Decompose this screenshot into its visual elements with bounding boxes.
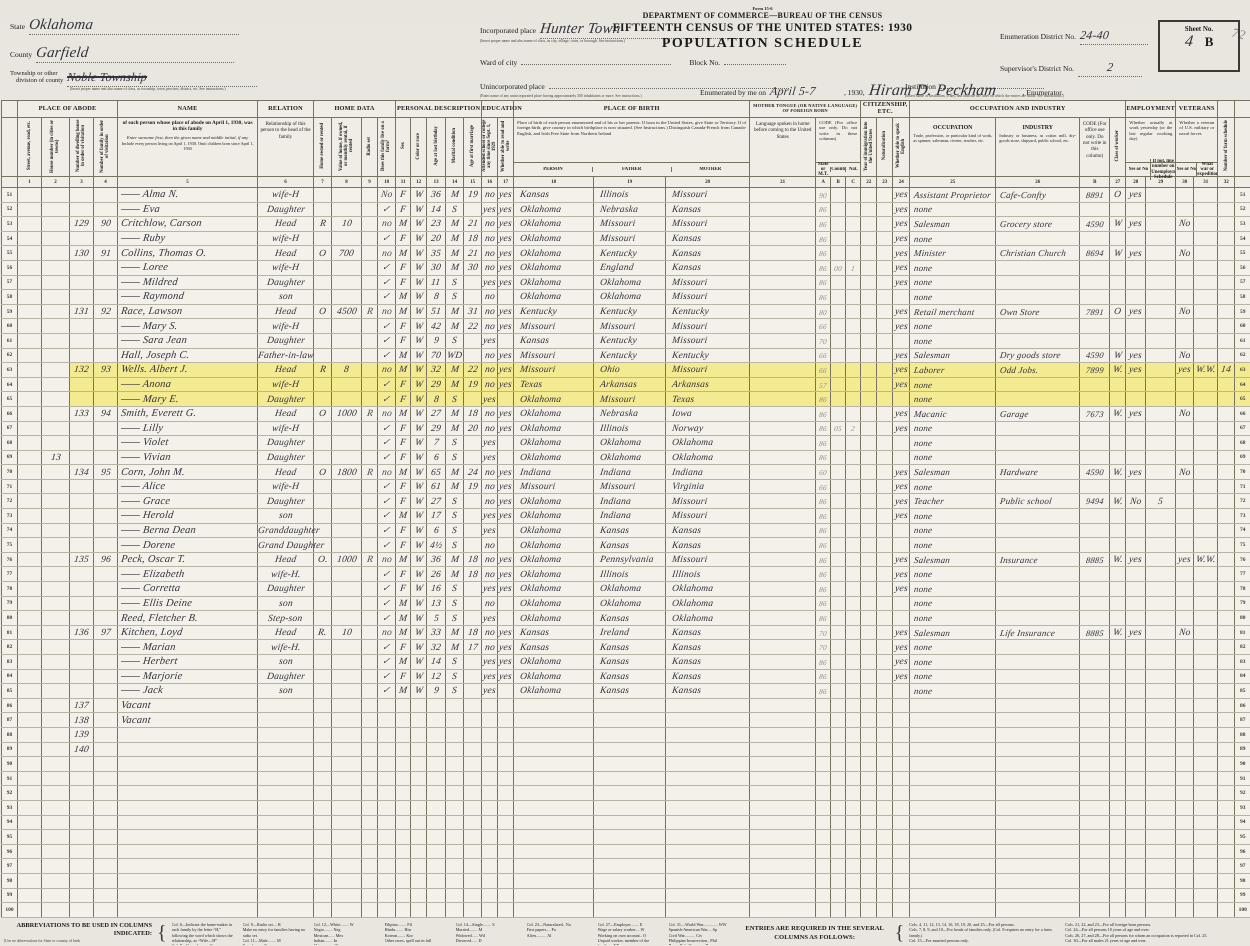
entry-eng: yes [894, 497, 908, 507]
cell-fs [1218, 319, 1235, 334]
entry-age: 42 [431, 322, 442, 332]
cell-name: —— Mary S. [118, 319, 258, 334]
cell-sch: no [482, 421, 498, 436]
cell-st [18, 727, 42, 742]
cell-occ [910, 727, 996, 742]
person-row: 74—— Berna DeanGranddaughter✓FW6SyesOkla… [2, 523, 1250, 538]
cell-fb: Illinois [594, 421, 666, 436]
cell-am [464, 655, 482, 670]
cell-occ [910, 742, 996, 757]
cell-rel [258, 742, 314, 757]
entry-mb: Missouri [672, 336, 709, 346]
cell-val [332, 392, 362, 407]
cell-name: Kitchen, Loyd [118, 625, 258, 640]
column-group-header: HOME DATA [314, 101, 396, 118]
entry-pb: Oklahoma [520, 657, 562, 667]
person-row: 5513091Collins, Thomas O.HeadO700noMW35M… [2, 246, 1250, 261]
cell-rel [258, 815, 314, 830]
cell-rad [362, 815, 378, 830]
cell-race [411, 713, 427, 728]
cell-sch [482, 757, 498, 772]
cell-name: —— Anona [118, 377, 258, 392]
cell-fb: Ireland [594, 625, 666, 640]
sheet-value: 4 [1183, 33, 1193, 51]
cell-nat [877, 231, 893, 246]
cell-name [118, 727, 258, 742]
cell-fs: 14 [1218, 363, 1235, 378]
entry-fb: Kansas [600, 526, 630, 536]
cell-ind: Odd Jobs. [996, 363, 1080, 378]
cell-ca: 86 [816, 567, 831, 582]
cell-dw [70, 771, 94, 786]
cell-am [464, 392, 482, 407]
entry-rw: yes [499, 249, 513, 259]
line-number-left: 84 [2, 669, 18, 684]
cell-st [18, 815, 42, 830]
entry-occ: Assistant Proprietor [914, 190, 992, 200]
cell-pb: Oklahoma [514, 290, 594, 305]
cell-vet [1176, 421, 1194, 436]
line-number-right: 97 [1235, 859, 1250, 874]
entry-fam: 91 [100, 249, 111, 259]
column-header: Class of worker [1110, 118, 1126, 177]
cell-sex: F [396, 436, 411, 451]
cell-ind [996, 290, 1080, 305]
cell-cls: W. [1110, 406, 1126, 421]
cell-name [118, 888, 258, 903]
entry-war: W.W. [1195, 555, 1216, 565]
cell-imm [861, 509, 877, 524]
cell-age: 12 [427, 669, 446, 684]
cell-st [18, 421, 42, 436]
cell-mb [666, 771, 750, 786]
cell-cls: W [1110, 348, 1126, 363]
column-number: 13 [427, 177, 446, 188]
cell-hn [42, 479, 70, 494]
cell-mb [666, 727, 750, 742]
sub-column-label: FATHER [592, 167, 671, 172]
entry-own: R [319, 365, 326, 375]
cell-rw: yes [498, 567, 514, 582]
person-row: 80Reed, Fletcher B.Step-son✓MW5SyesOklah… [2, 611, 1250, 626]
cell-sch: yes [482, 392, 498, 407]
cell-rad [362, 479, 378, 494]
cell-rw [498, 742, 514, 757]
cell-race [411, 888, 427, 903]
cell-dw [70, 596, 94, 611]
cell-rad [362, 567, 378, 582]
column-header: Naturalization [877, 118, 893, 177]
cell-occ: none [910, 450, 996, 465]
entry-eng: yes [894, 365, 908, 375]
cell-cls [1110, 392, 1126, 407]
cell-lang [750, 275, 816, 290]
cell-nat [877, 319, 893, 334]
cell-st [18, 640, 42, 655]
cell-occ: none [910, 275, 996, 290]
column-group-header: OCCUPATION AND INDUSTRY [910, 101, 1126, 118]
person-row: 6613394Smith, Everett G.HeadO1000RnoMW27… [2, 406, 1250, 421]
table-header: PLACE OF ABODENAMERELATIONHOME DATAPERSO… [2, 101, 1250, 188]
cell-am [464, 727, 482, 742]
supervisor-district-value: 2 [1106, 60, 1114, 75]
column-number: 7 [314, 177, 332, 188]
column-number: 9 [362, 177, 378, 188]
cell-nat [877, 888, 893, 903]
cell-nat [877, 727, 893, 742]
line-number-left: 100 [2, 903, 18, 918]
cell-fam [94, 436, 118, 451]
column-header: Home owned or rented [314, 118, 332, 177]
cell-eng: yes [893, 406, 910, 421]
column-group-header: PLACE OF BIRTH [514, 101, 750, 118]
cell-st [18, 567, 42, 582]
cell-sch [482, 830, 498, 845]
cell-ul [1146, 611, 1176, 626]
entry-occ: none [914, 380, 934, 390]
cell-vet [1176, 873, 1194, 888]
entry-val: 4500 [336, 307, 357, 317]
entry-mar: WD [446, 351, 462, 361]
line-number-right: 54 [1235, 231, 1250, 246]
cell-age: 17 [427, 509, 446, 524]
cell-ca: 70 [816, 625, 831, 640]
cell-rw [498, 800, 514, 815]
line-number-right: 93 [1235, 800, 1250, 815]
entry-rel: Daughter [266, 205, 305, 215]
cell-dw [70, 888, 94, 903]
column-number: 2 [42, 177, 70, 188]
cell-own [314, 333, 332, 348]
entry-farm: no [381, 365, 392, 375]
cell-lang [750, 494, 816, 509]
cell-imm [861, 684, 877, 699]
cell-cb [831, 625, 846, 640]
entry-mb: Kansas [672, 234, 702, 244]
cell-war [1194, 742, 1218, 757]
cell-eng: yes [893, 363, 910, 378]
entry-sex: F [399, 234, 406, 244]
cell-hn [42, 727, 70, 742]
cell-val [332, 260, 362, 275]
cell-am [464, 713, 482, 728]
cell-am: 22 [464, 319, 482, 334]
cell-nat [877, 698, 893, 713]
entry-name: —— Lilly [120, 423, 164, 434]
line-number-right: 56 [1235, 260, 1250, 275]
cell-farm: no [378, 304, 396, 319]
entry-race: W [414, 482, 423, 492]
cell-cc [846, 713, 861, 728]
cell-fam [94, 421, 118, 436]
cell-rel: son [258, 509, 314, 524]
cell-ul [1146, 436, 1176, 451]
cell-vet [1176, 771, 1194, 786]
cell-hn [42, 655, 70, 670]
cell-ul [1146, 348, 1176, 363]
cell-race: W [411, 479, 427, 494]
entry-sch: no [484, 365, 495, 375]
cell-nat [877, 640, 893, 655]
entry-fb: Illinois [600, 190, 630, 200]
cell-farm: no [378, 217, 396, 232]
entry-fam: 96 [100, 555, 111, 565]
entry-farm: no [381, 555, 392, 565]
cell-eng: yes [893, 275, 910, 290]
cell-rw [498, 859, 514, 874]
cell-farm: ✓ [378, 275, 396, 290]
cell-rw: yes [498, 275, 514, 290]
line-number-left: 89 [2, 742, 18, 757]
cell-val [332, 333, 362, 348]
abbreviation-column: Col. 23—Naturalized.. Na First papers...… [527, 922, 593, 945]
cell-wk [1126, 421, 1146, 436]
entry-age: 9 [433, 336, 439, 346]
cell-sex: M [396, 406, 411, 421]
cell-ind [996, 800, 1080, 815]
person-row: 8113697Kitchen, LoydHeadR.10noMW33M18noy… [2, 625, 1250, 640]
cell-ca: 70 [816, 640, 831, 655]
entry-sex: F [399, 643, 406, 653]
cell-farm: ✓ [378, 392, 396, 407]
cell-rw: yes [498, 494, 514, 509]
cell-am [464, 202, 482, 217]
entry-occ: none [914, 234, 934, 244]
cell-fs [1218, 844, 1235, 859]
cell-imm [861, 713, 877, 728]
cell-age: 5 [427, 611, 446, 626]
cell-code [1080, 844, 1110, 859]
cell-ind [996, 684, 1080, 699]
entry-mb: Kansas [672, 249, 702, 259]
cell-mar: M [446, 567, 464, 582]
cell-cc [846, 873, 861, 888]
column-header: Whether a veteran of U.S. military or na… [1176, 118, 1218, 177]
cell-ind [996, 392, 1080, 407]
cell-fb: Kansas [594, 684, 666, 699]
cell-cb [831, 582, 846, 597]
cell-cb [831, 903, 846, 918]
line-number-right: 66 [1235, 406, 1250, 421]
cell-mar: S [446, 538, 464, 553]
cell-dw [70, 479, 94, 494]
cell-race: W [411, 392, 427, 407]
cell-mar [446, 859, 464, 874]
cell-hn [42, 231, 70, 246]
cell-cc [846, 523, 861, 538]
cell-wk [1126, 757, 1146, 772]
cell-farm: ✓ [378, 538, 396, 553]
cell-war [1194, 830, 1218, 845]
entry-own: O [318, 468, 326, 478]
cell-ca [816, 800, 831, 815]
cell-fb [594, 757, 666, 772]
census-form: State Oklahoma County Garfield Township … [0, 0, 1250, 946]
cell-vet [1176, 188, 1194, 203]
cell-cls [1110, 611, 1126, 626]
cell-cb [831, 465, 846, 480]
cell-mar [446, 873, 464, 888]
entry-fb: Nebraska [600, 409, 639, 419]
entry-mb: Kansas [672, 526, 702, 536]
entry-eng: yes [894, 511, 908, 521]
cell-own [314, 509, 332, 524]
line-number-left: 71 [2, 479, 18, 494]
cell-cc [846, 202, 861, 217]
cell-sex: M [396, 596, 411, 611]
cell-dw [70, 655, 94, 670]
entry-sex: M [398, 599, 407, 609]
entry-cc: 2 [851, 424, 856, 433]
person-row: 72—— GraceDaughter✓FW27SnoyesOklahomaInd… [2, 494, 1250, 509]
entry-cls: W. [1112, 468, 1123, 478]
cell-sch: yes [482, 509, 498, 524]
cell-rad [362, 771, 378, 786]
cell-wk: yes [1126, 363, 1146, 378]
cell-st [18, 392, 42, 407]
cell-race [411, 786, 427, 801]
cell-am [464, 757, 482, 772]
entry-val: 8 [343, 365, 349, 375]
cell-cls [1110, 421, 1126, 436]
line-number-right: 51 [1235, 188, 1250, 203]
cell-vet [1176, 333, 1194, 348]
entry-code: 4590 [1085, 219, 1104, 229]
cell-sch: no [482, 188, 498, 203]
entry-pb: Oklahoma [520, 511, 562, 521]
entry-pb: Oklahoma [520, 497, 562, 507]
entry-fam: 94 [100, 409, 111, 419]
cell-war [1194, 319, 1218, 334]
cell-farm: no [378, 465, 396, 480]
cell-ul [1146, 596, 1176, 611]
entry-name: —— Elizabeth [120, 569, 185, 580]
line-number-left: 88 [2, 727, 18, 742]
entry-fb: Oklahoma [600, 453, 642, 463]
cell-dw [70, 231, 94, 246]
cell-mb: Missouri [666, 319, 750, 334]
cell-cls [1110, 888, 1126, 903]
cell-rw: yes [498, 421, 514, 436]
enumerator-name: Hiram D. Peckham [868, 82, 997, 100]
cell-vet [1176, 567, 1194, 582]
entry-rw: yes [499, 307, 513, 317]
cell-ca: 86 [816, 494, 831, 509]
entry-code: 8885 [1085, 555, 1104, 565]
person-row: 67—— Lillywife-H✓FW29M20noyesOklahomaIll… [2, 421, 1250, 436]
line-number-left: 77 [2, 567, 18, 582]
person-row: 9696 [2, 844, 1250, 859]
cell-wk [1126, 596, 1146, 611]
cell-war [1194, 538, 1218, 553]
cell-ul [1146, 333, 1176, 348]
cell-st [18, 260, 42, 275]
cell-eng [893, 844, 910, 859]
cell-lang [750, 903, 816, 918]
cell-rad [362, 582, 378, 597]
cell-st [18, 479, 42, 494]
sub-column-label: Yes or No [1126, 167, 1150, 172]
cell-age: 32 [427, 640, 446, 655]
cell-race: W [411, 611, 427, 626]
cell-sex: M [396, 246, 411, 261]
cell-rw [498, 830, 514, 845]
entry-farm: no [381, 307, 392, 317]
cell-sch: no [482, 552, 498, 567]
entry-ind: Insurance [1000, 555, 1039, 565]
column-number: 24 [893, 177, 910, 188]
cell-sch: no [482, 567, 498, 582]
column-number [2, 177, 18, 188]
entry-sex: F [399, 672, 406, 682]
cell-eng [893, 757, 910, 772]
cell-dw [70, 509, 94, 524]
cell-eng [893, 742, 910, 757]
cell-lang [750, 625, 816, 640]
cell-vet [1176, 830, 1194, 845]
cell-cls: W. [1110, 625, 1126, 640]
cell-rel: Daughter [258, 669, 314, 684]
cell-occ: none [910, 567, 996, 582]
entry-mar: S [451, 395, 457, 405]
entry-pb: Texas [520, 380, 544, 390]
line-number-right: 55 [1235, 246, 1250, 261]
cell-nat [877, 873, 893, 888]
cell-vet [1176, 450, 1194, 465]
cell-pb: Oklahoma [514, 246, 594, 261]
cell-val [332, 771, 362, 786]
cell-war [1194, 231, 1218, 246]
cell-eng [893, 830, 910, 845]
cell-wk [1126, 538, 1146, 553]
entry-sch: no [484, 555, 495, 565]
entry-name: —— Eva [120, 204, 160, 215]
line-number-left: 52 [2, 202, 18, 217]
cell-code [1080, 742, 1110, 757]
cell-war [1194, 567, 1218, 582]
cell-cb [831, 377, 846, 392]
cell-mb: Missouri [666, 217, 750, 232]
cell-cc [846, 538, 861, 553]
enumerated-date: April 5-7 [769, 84, 816, 99]
cell-dw [70, 421, 94, 436]
cell-pb: Missouri [514, 348, 594, 363]
entry-pb: Oklahoma [520, 614, 562, 624]
cell-hn [42, 903, 70, 918]
cell-fs [1218, 771, 1235, 786]
cell-fb: Missouri [594, 319, 666, 334]
cell-ul [1146, 509, 1176, 524]
cell-nat [877, 786, 893, 801]
cell-am [464, 815, 482, 830]
cell-nat [877, 669, 893, 684]
entry-race: W [414, 511, 423, 521]
entry-fb: Oklahoma [600, 599, 642, 609]
line-number-left: 55 [2, 246, 18, 261]
cell-rel: Head [258, 363, 314, 378]
entry-race: W [414, 614, 423, 624]
cell-rw [498, 450, 514, 465]
cell-fam [94, 771, 118, 786]
cell-rel: wife-H [258, 377, 314, 392]
entry-sch: yes [483, 205, 497, 215]
cell-sch: no [482, 596, 498, 611]
cell-code [1080, 392, 1110, 407]
entry-occ: none [914, 525, 934, 535]
cell-mb [666, 786, 750, 801]
cell-ca [816, 859, 831, 874]
cell-st [18, 450, 42, 465]
